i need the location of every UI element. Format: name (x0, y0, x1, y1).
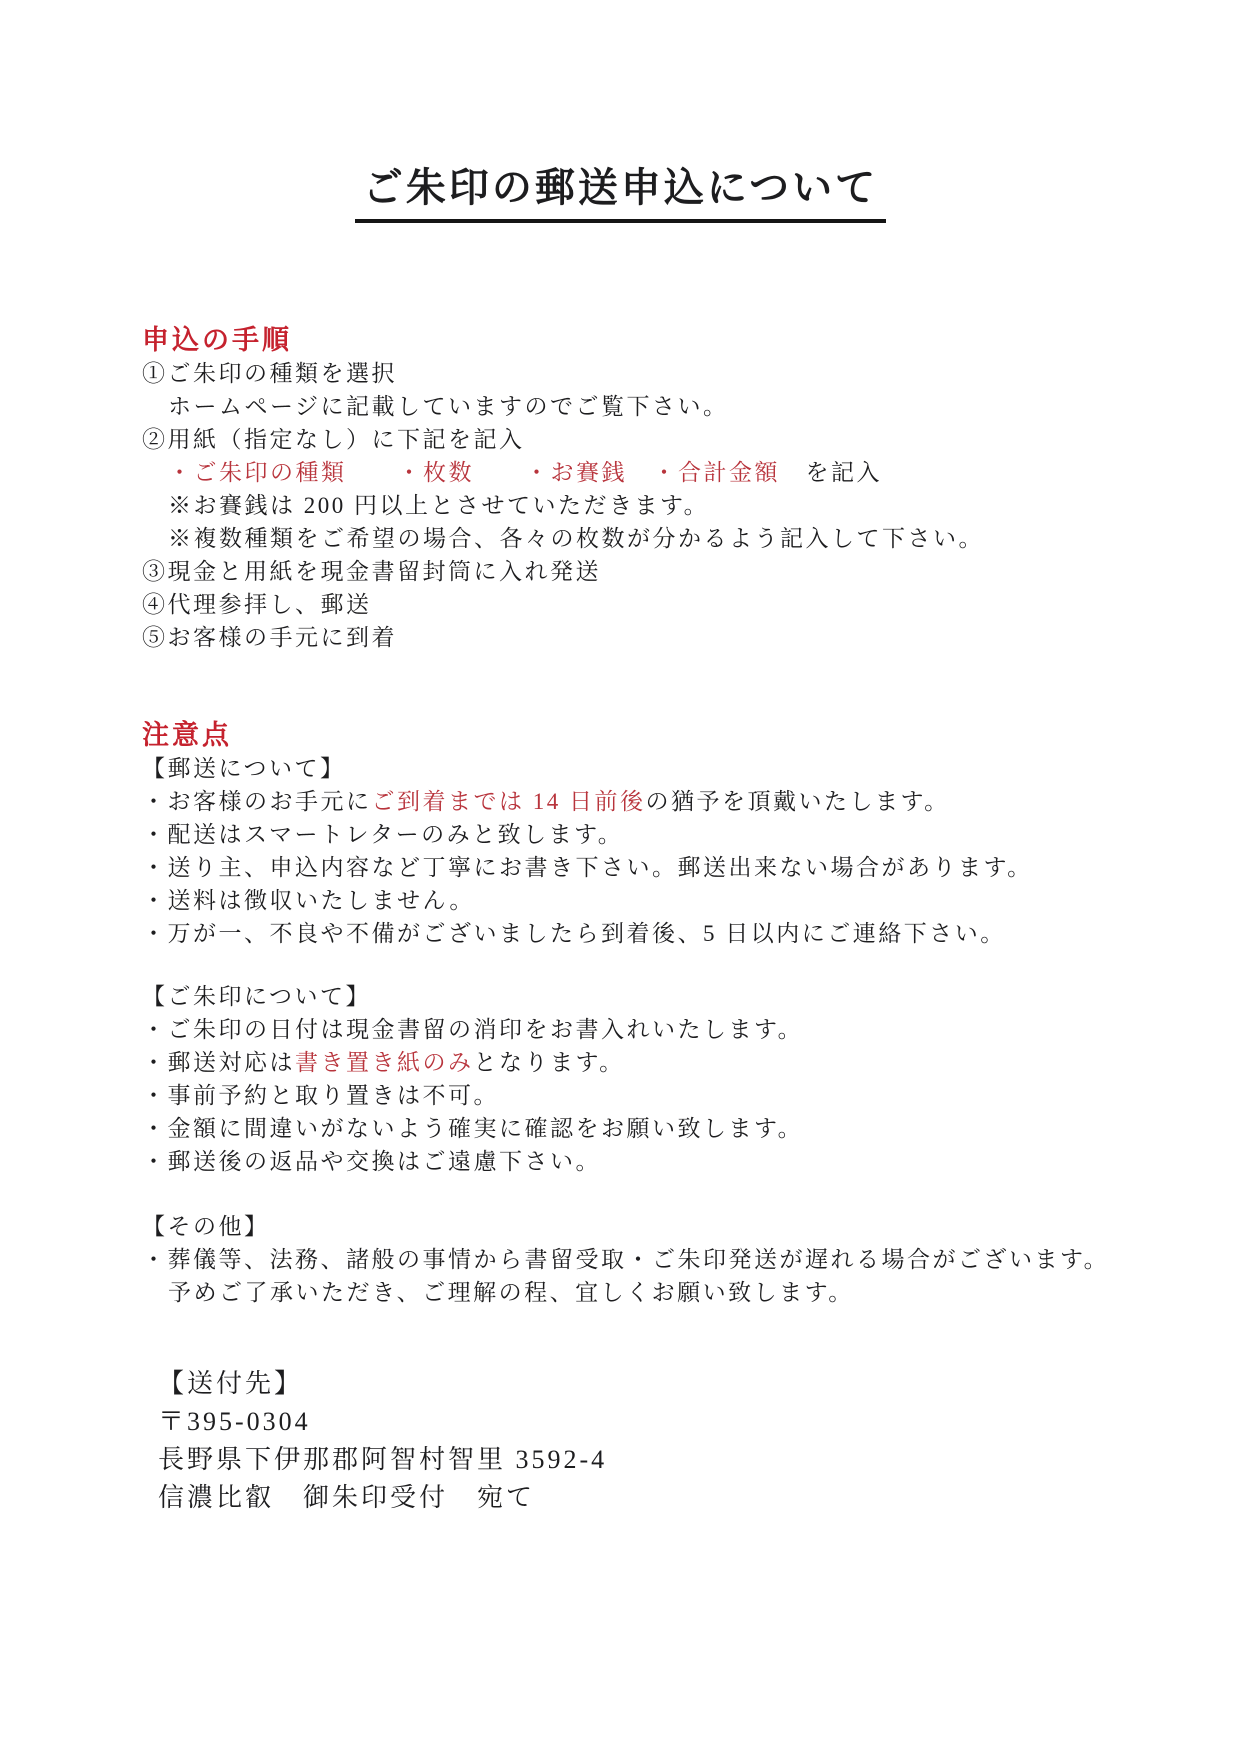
procedure-note-saisen: ※お賽銭は 200 円以上とさせていただきます。 (142, 489, 1211, 522)
procedure-step-5: ⑤お客様の手元に到着 (142, 621, 1211, 654)
document-title: ご朱印の郵送申込について (355, 156, 886, 223)
document-page: ご朱印の郵送申込について 申込の手順 ①ご朱印の種類を選択 ホームページに記載し… (0, 0, 1241, 1755)
notes-goshuin-subheading: 【ご朱印について】 (142, 980, 1211, 1013)
note-text: の猶予を頂戴いたします。 (646, 789, 950, 814)
notes-mail-subheading: 【郵送について】 (142, 752, 1211, 785)
procedure-step-1-note: ホームページに記載していますのでご覧下さい。 (142, 390, 1211, 423)
note-text: ・お客様のお手元に (142, 789, 372, 814)
procedure-fields-red: ・ご朱印の種類 ・枚数 ・お賽銭 ・合計金額 (168, 460, 780, 485)
procedure-heading: 申込の手順 (142, 323, 1211, 357)
note-other-1: ・葬儀等、法務、諸般の事情から書留受取・ご朱印発送が遅れる場合がございます。 (142, 1243, 1211, 1276)
procedure-note-multiple: ※複数種類をご希望の場合、各々の枚数が分かるよう記入して下さい。 (142, 522, 1211, 555)
note-mail-3: ・送り主、申込内容など丁寧にお書き下さい。郵送出来ない場合があります。 (142, 851, 1211, 884)
procedure-fields-suffix: を記入 (780, 460, 882, 485)
note-other-2: 予めご了承いただき、ご理解の程、宜しくお願い致します。 (142, 1276, 1211, 1309)
note-text: となります。 (474, 1050, 625, 1075)
address-street: 長野県下伊那郡阿智村智里 3592-4 (158, 1441, 1211, 1479)
procedure-step-4: ④代理参拝し、郵送 (142, 588, 1211, 621)
address-subheading: 【送付先】 (158, 1365, 1211, 1403)
note-goshuin-2: ・郵送対応は書き置き紙のみとなります。 (142, 1046, 1211, 1079)
note-text-red: 書き置き紙のみ (295, 1050, 474, 1075)
title-area: ご朱印の郵送申込について (0, 0, 1241, 223)
note-goshuin-3: ・事前予約と取り置きは不可。 (142, 1079, 1211, 1112)
note-mail-2: ・配送はスマートレターのみと致します。 (142, 818, 1211, 851)
note-mail-4: ・送料は徴収いたしません。 (142, 884, 1211, 917)
note-mail-5: ・万が一、不良や不備がございましたら到着後、5 日以内にご連絡下さい。 (142, 917, 1211, 950)
address-recipient: 信濃比叡 御朱印受付 宛て (158, 1479, 1211, 1517)
note-mail-1: ・お客様のお手元にご到着までは 14 日前後の猶予を頂戴いたします。 (142, 785, 1211, 818)
note-goshuin-5: ・郵送後の返品や交換はご遠慮下さい。 (142, 1145, 1211, 1178)
note-text: ・郵送対応は (142, 1050, 295, 1075)
procedure-step-2-fields: ・ご朱印の種類 ・枚数 ・お賽銭 ・合計金額 を記入 (142, 456, 1211, 489)
note-goshuin-4: ・金額に間違いがないよう確実に確認をお願い致します。 (142, 1112, 1211, 1145)
notes-heading: 注意点 (142, 718, 1211, 752)
document-body: 申込の手順 ①ご朱印の種類を選択 ホームページに記載していますのでご覧下さい。 … (0, 323, 1241, 1517)
address-block: 【送付先】 〒395-0304 長野県下伊那郡阿智村智里 3592-4 信濃比叡… (142, 1365, 1211, 1517)
procedure-step-1: ①ご朱印の種類を選択 (142, 357, 1211, 390)
address-postal-code: 〒395-0304 (158, 1403, 1211, 1441)
note-goshuin-1: ・ご朱印の日付は現金書留の消印をお書入れいたします。 (142, 1013, 1211, 1046)
procedure-step-2: ②用紙（指定なし）に下記を記入 (142, 423, 1211, 456)
note-text-red: ご到着までは 14 日前後 (372, 789, 646, 814)
notes-other-subheading: 【その他】 (142, 1210, 1211, 1243)
procedure-step-3: ③現金と用紙を現金書留封筒に入れ発送 (142, 555, 1211, 588)
